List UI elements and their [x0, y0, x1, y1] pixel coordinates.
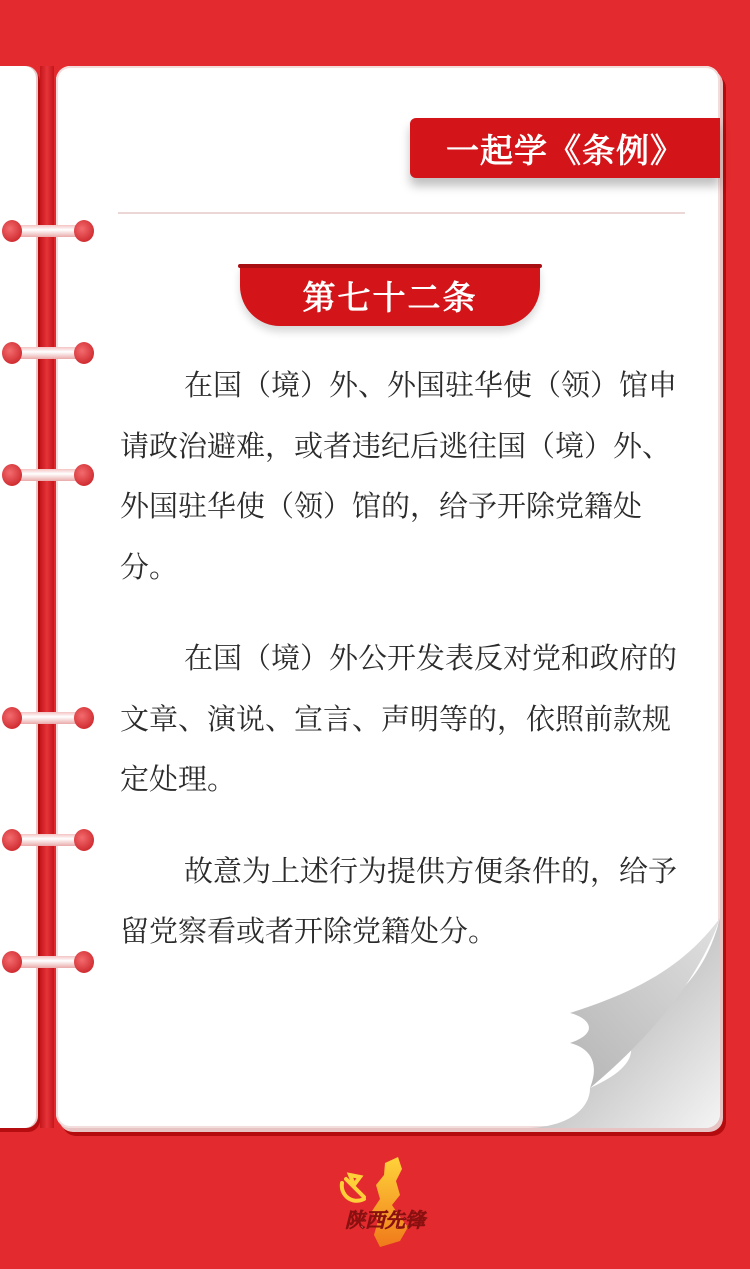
binder-ring [2, 829, 92, 851]
divider [118, 212, 685, 214]
binder-ring [2, 707, 92, 729]
article-body: 在国（境）外、外国驻华使（领）馆申请政治避难，或者违纪后逃往国（境）外、外国驻华… [120, 355, 680, 993]
paragraph: 在国（境）外公开发表反对党和政府的文章、演说、宣言、声明等的，依照前款规定处理。 [120, 628, 680, 810]
binder-ring [2, 220, 92, 242]
binder-ring [2, 951, 92, 973]
section-tag: 一起学《条例》 [410, 118, 720, 178]
binder-ring [2, 342, 92, 364]
article-title: 第七十二条 [240, 264, 540, 326]
binder-ring [2, 464, 92, 486]
paragraph: 故意为上述行为提供方便条件的，给予留党察看或者开除党籍处分。 [120, 841, 680, 962]
party-emblem-shaanxi-map-icon: 陕西先锋 [330, 1155, 440, 1250]
paragraph: 在国（境）外、外国驻华使（领）馆申请政治避难，或者违纪后逃往国（境）外、外国驻华… [120, 355, 680, 597]
logo-text: 陕西先锋 [345, 1208, 428, 1232]
